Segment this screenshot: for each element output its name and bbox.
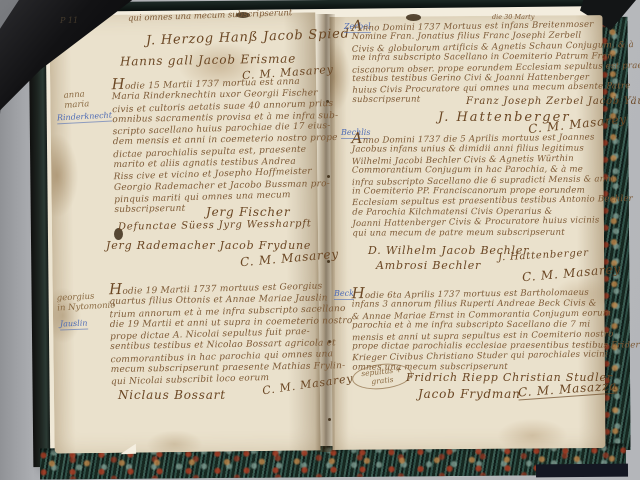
signature: Niclaus Bossart [118, 388, 226, 402]
signature: Ambrosi Bechler [376, 259, 481, 272]
burial-entry: Hodie 19 Martii 1737 mortuus est Georgiu… [109, 279, 354, 388]
handwritten-line: qui una mecum de patre meum subscripseru… [352, 227, 633, 239]
stitch-dot [328, 418, 331, 421]
photo-background: P 11 qui omnes una mecum subscripserunt … [0, 0, 640, 480]
margin-note-name: georgius in Nytomonio [57, 290, 116, 313]
margin-note-blue: Jauslin [60, 319, 88, 331]
margin-note-line: maria [64, 99, 90, 111]
signature: Franz Joseph Zerbel Jacob Yäunig [466, 96, 640, 107]
page-number-mark: P 11 [60, 16, 78, 25]
signature: Jerg Rademacher Jacob Frydune [106, 239, 311, 252]
page-corner-fold [120, 444, 136, 455]
signature: Jerg Fischer [206, 205, 290, 219]
burial-entry: Anno Domini 1737 Mortuus est infans Brei… [352, 17, 640, 106]
signature: Jacob Frydman [418, 387, 521, 401]
cover-cloth-edge [536, 464, 628, 478]
burial-entry: Anno Domini 1737 die 5 Aprilis mortuus e… [352, 131, 634, 240]
margin-note-name: anna maria [63, 89, 89, 111]
burial-entry: Hodie 15 Martii 1737 mortua est annaMari… [111, 74, 340, 217]
burial-entry: Hodie 6ta Aprilis 1737 mortuus est Barth… [352, 286, 640, 374]
